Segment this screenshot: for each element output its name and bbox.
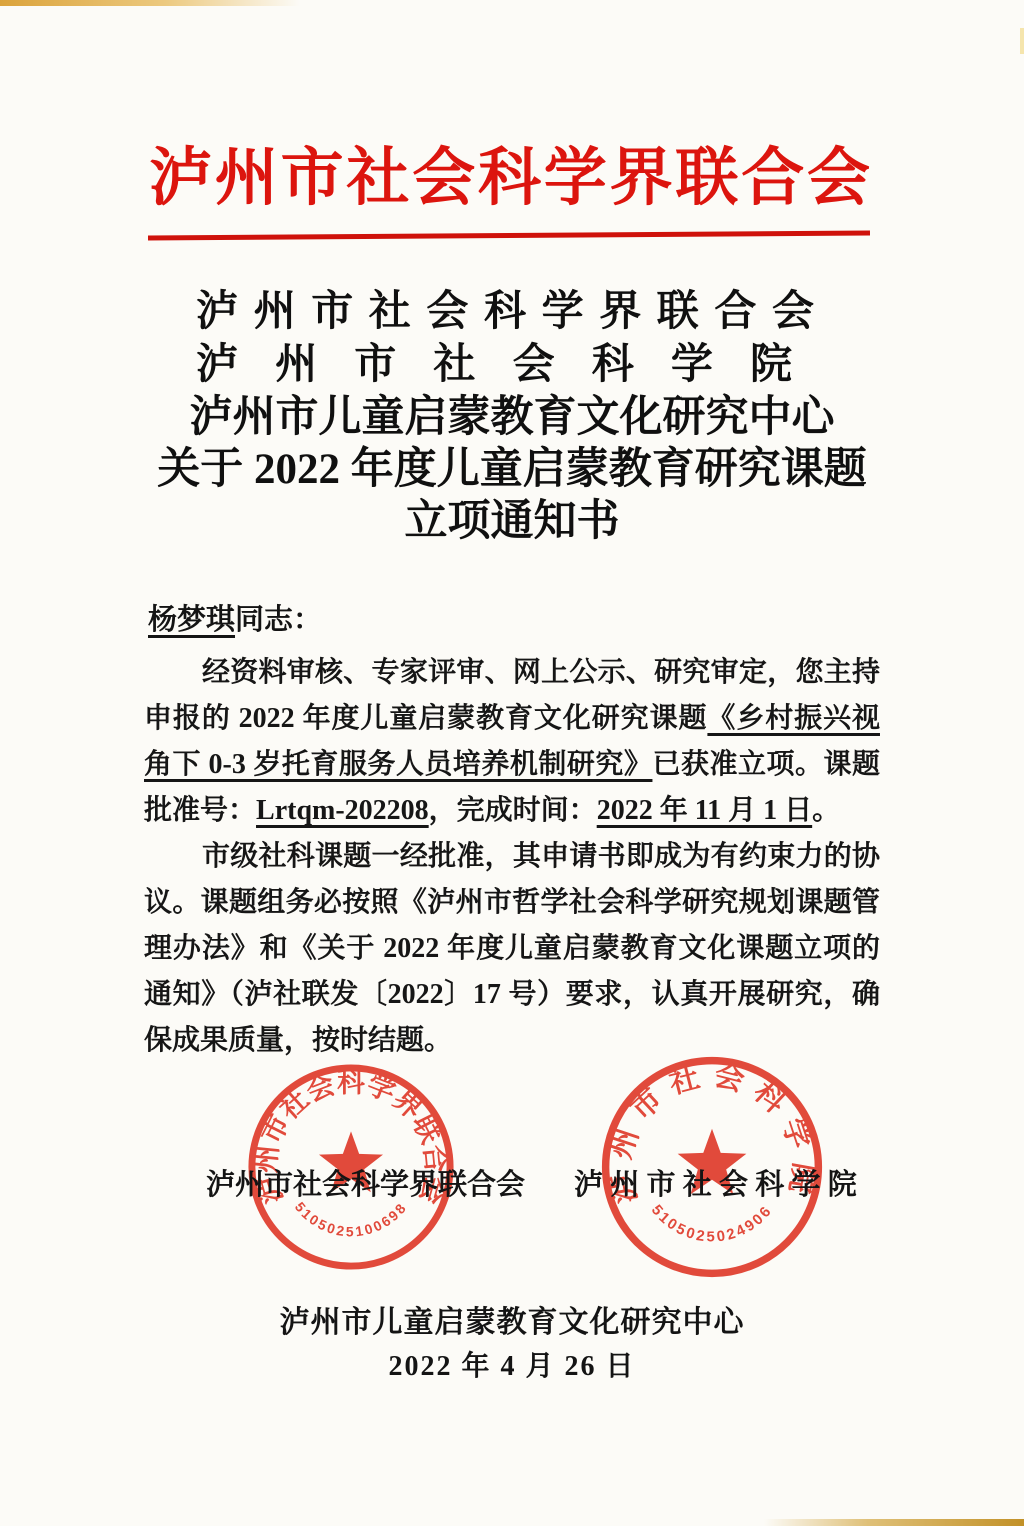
recipient-name: 杨梦琪: [148, 604, 235, 636]
p1l3-text: 已获准立项。课题: [652, 749, 880, 780]
title-line-subject: 关于 2022 年度儿童启蒙教育研究课题: [0, 444, 1024, 496]
issue-date: 2022 年 4 月 26 日: [0, 1344, 1024, 1384]
scan-edge-top: [0, 0, 300, 6]
title-line-federation: 泸州市社会科学界联合会: [196, 286, 828, 339]
scan-edge-top-right: [1020, 28, 1024, 54]
letterhead-rule: [148, 230, 870, 240]
p1l2-topic-underlined: 《乡村振兴视: [707, 703, 880, 734]
deadline-underlined: 2022 年 11 月 1 日: [597, 795, 812, 826]
p1l2-text: 申报的 2022 年度儿童启蒙教育文化研究课题: [144, 703, 707, 734]
paragraph1-line1: 经资料审核、专家评审、网上公示、研究审定，您主持: [144, 650, 880, 696]
paragraph2-line3: 理办法》和《关于 2022 年度儿童启蒙教育文化课题立项的: [144, 926, 880, 972]
p1l4-text: ，完成时间：: [429, 795, 597, 826]
issuing-organization: 泸州市儿童启蒙教育文化研究中心: [0, 1297, 1024, 1341]
title-line-research-center: 泸州市儿童启蒙教育文化研究中心: [0, 392, 1024, 444]
signature-academy: 泸 州 市 社 会 科 学 院: [574, 1162, 857, 1203]
p1l4-label: 批准号：: [144, 795, 256, 826]
seal-code-textpath: 5105025100698: [292, 1199, 410, 1240]
title-line-notice-type: 立项通知书: [0, 496, 1024, 548]
paragraph1-line2: 申报的 2022 年度儿童启蒙教育文化研究课题《乡村振兴视: [144, 696, 880, 742]
signature-federation: 泸州市社会科学界联合会: [206, 1162, 525, 1203]
paragraph2-line1: 市级社科课题一经批准，其申请书即成为有约束力的协: [144, 834, 880, 880]
paragraph2-line2: 议。课题组务必按照《泸州市哲学社会科学研究规划课题管: [144, 880, 880, 926]
seal-code-text: 5105025100698: [292, 1199, 410, 1240]
seal-code-textpath: 5105025024906: [648, 1202, 776, 1245]
paragraph1-line3: 角下 0-3 岁托育服务人员培养机制研究》已获准立项。课题: [144, 742, 880, 788]
body-text: 经资料审核、专家评审、网上公示、研究审定，您主持 申报的 2022 年度儿童启蒙…: [144, 650, 880, 1064]
scan-edge-bottom-right: [764, 1519, 1024, 1526]
salutation: 杨梦琪同志：: [148, 597, 322, 638]
seal-code-text: 5105025024906: [648, 1202, 776, 1245]
letterhead-title: 泸州市社会科学界联合会: [149, 132, 871, 224]
paragraph1-line4: 批准号：Lrtqm-202208，完成时间：2022 年 11 月 1 日。: [144, 788, 880, 834]
p1l4-period: 。: [812, 795, 840, 826]
p1l3-topic-underlined: 角下 0-3 岁托育服务人员培养机制研究》: [144, 749, 652, 780]
approval-number-underlined: Lrtqm-202208: [256, 795, 429, 826]
salutation-suffix: 同志：: [235, 604, 322, 636]
paragraph2-line4: 通知》（泸社联发〔2022〕17 号）要求，认真开展研究，确: [144, 972, 880, 1018]
title-line-academy: 泸州市社会科学院: [196, 339, 828, 392]
document-title-block: 泸州市社会科学界联合会 泸州市社会科学院 泸州市儿童启蒙教育文化研究中心 关于 …: [0, 286, 1024, 548]
